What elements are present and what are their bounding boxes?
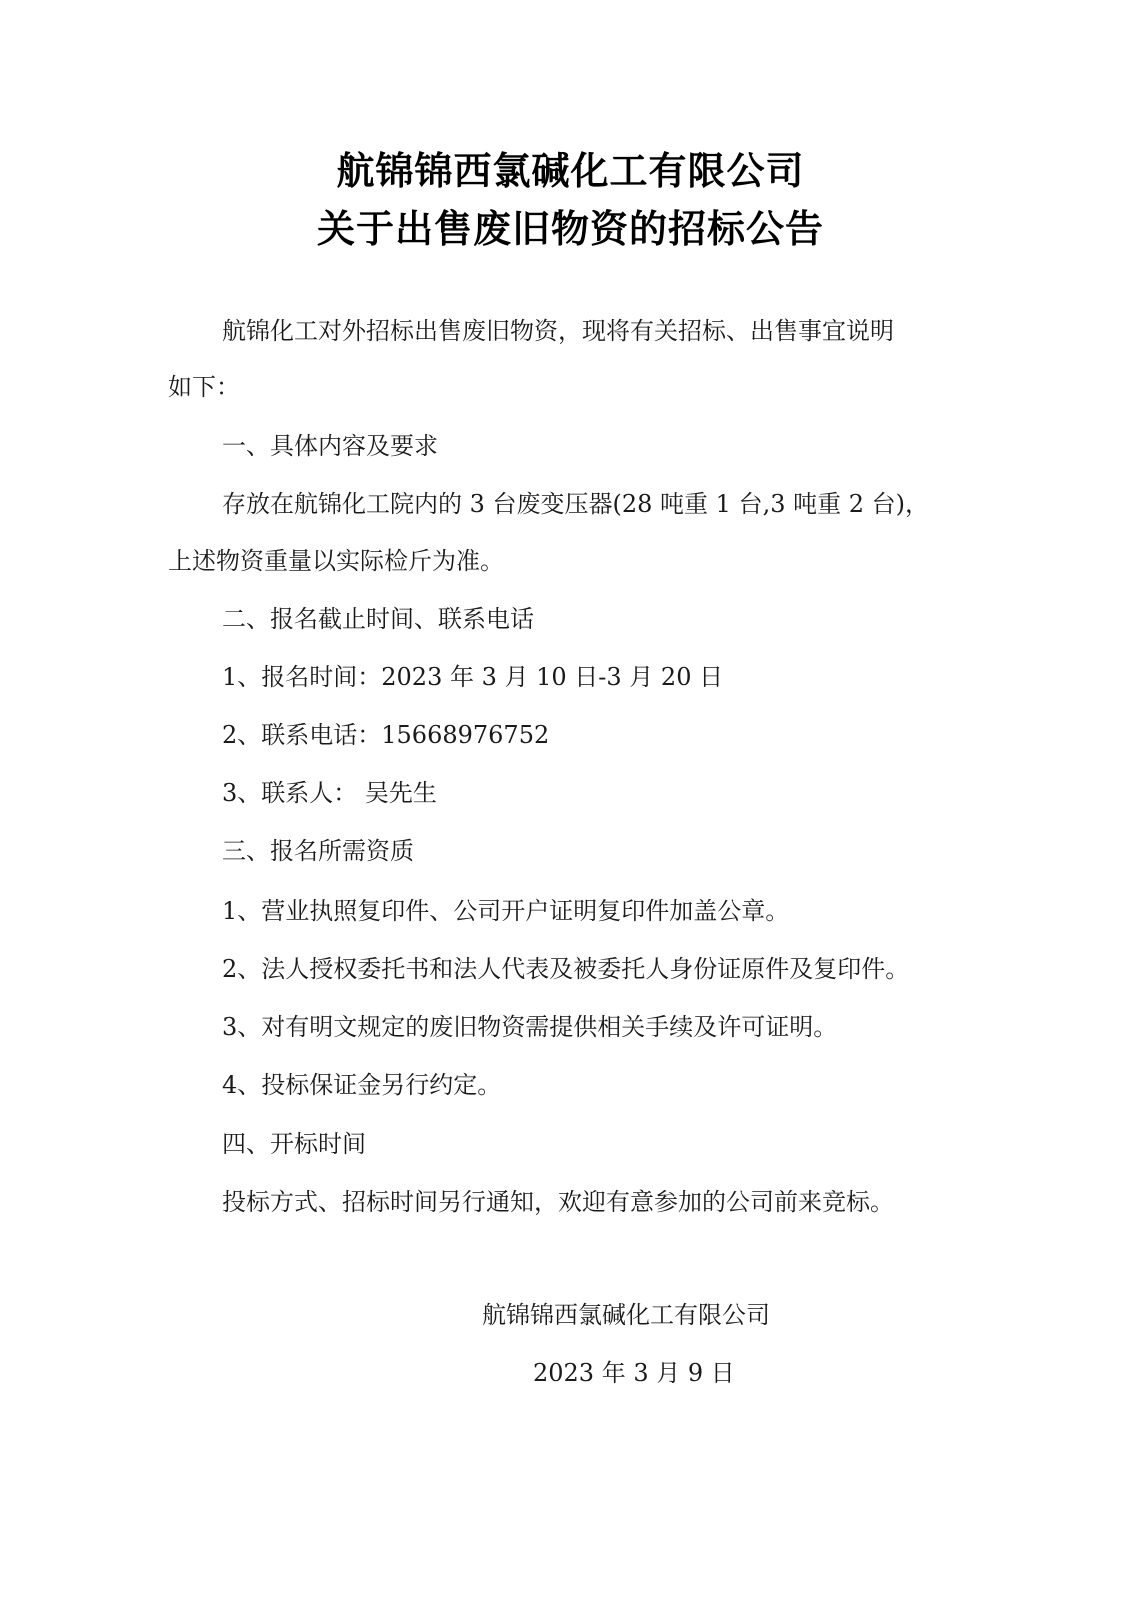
section-1-line-2: 上述物资重量以实际检斤为准。 [168,541,504,576]
section-2-item-3: 3、联系人： 吴先生 [222,773,437,808]
title-company: 航锦锦西氯碱化工有限公司 [0,140,1141,195]
intro-line-2: 如下： [168,367,240,402]
section-3-item-2: 2、法人授权委托书和法人代表及被委托人身份证原件及复印件。 [222,949,909,984]
title-announcement: 关于出售废旧物资的招标公告 [0,198,1141,253]
section-2-item-2: 2、联系电话：15668976752 [222,715,549,750]
intro-line-1: 航锦化工对外招标出售废旧物资，现将有关招标、出售事宜说明 [222,311,894,346]
section-3-item-3: 3、对有明文规定的废旧物资需提供相关手续及许可证明。 [222,1007,837,1042]
section-3-item-4: 4、投标保证金另行约定。 [222,1065,501,1100]
signature-company: 航锦锦西氯碱化工有限公司 [482,1295,770,1330]
section-2-heading: 二、报名截止时间、联系电话 [222,599,534,634]
section-1-heading: 一、具体内容及要求 [222,426,438,461]
section-3-item-1: 1、营业执照复印件、公司开户证明复印件加盖公章。 [222,891,789,926]
signature-date: 2023 年 3 月 9 日 [533,1353,735,1388]
section-2-item-1: 1、报名时间：2023 年 3 月 10 日-3 月 20 日 [222,657,723,692]
section-4-heading: 四、开标时间 [222,1124,366,1159]
section-3-heading: 三、报名所需资质 [222,831,414,866]
section-4-line-1: 投标方式、招标时间另行通知，欢迎有意参加的公司前来竞标。 [222,1182,894,1217]
section-1-line-1: 存放在航锦化工院内的 3 台废变压器(28 吨重 1 台,3 吨重 2 台)， [222,484,929,519]
